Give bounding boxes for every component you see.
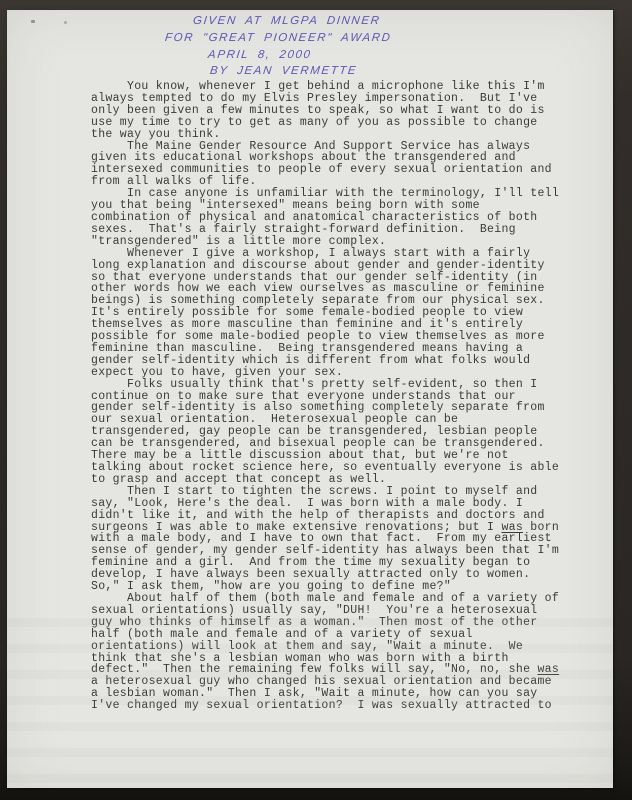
text-line: only been given a few minutes to speak, …	[91, 105, 583, 117]
text-line: Whenever I give a workshop, I always sta…	[91, 248, 583, 260]
text-line: Then I start to tighten the screws. I po…	[91, 486, 583, 498]
annotation-line: GIVEN AT MLGPA DINNER	[192, 15, 381, 27]
paragraph: In case anyone is unfamiliar with the te…	[91, 188, 583, 248]
annotation-line: BY JEAN VERMETTE	[209, 65, 357, 77]
paragraph: About half of them (both male and female…	[91, 593, 583, 712]
annotation-line: FOR "GREAT PIONEER" AWARD	[164, 32, 392, 44]
text-line: the way you think.	[91, 129, 583, 141]
text-line: I've changed my sexual orientation? I wa…	[91, 700, 583, 712]
text-line: "transgendered" is a little more complex…	[91, 236, 583, 248]
text-line: expect you to have, given your sex.	[91, 367, 583, 379]
scan-background: GIVEN AT MLGPA DINNERFOR "GREAT PIONEER"…	[0, 0, 632, 800]
text-line: orientations) will look at them and say,…	[91, 641, 583, 653]
paragraph: The Maine Gender Resource And Support Se…	[91, 141, 583, 189]
text-line: gender self-identity which is different …	[91, 355, 583, 367]
text-line: sexual orientations) usually say, "DUH! …	[91, 605, 583, 617]
paragraph: Whenever I give a workshop, I always sta…	[91, 248, 583, 379]
text-line: half (both male and female and of a vari…	[91, 629, 583, 641]
paragraph: You know, whenever I get behind a microp…	[91, 81, 583, 141]
text-line: Folks usually think that's pretty self-e…	[91, 379, 583, 391]
text-line: say, "Look, Here's the deal. I was born …	[91, 498, 583, 510]
paragraph: Then I start to tighten the screws. I po…	[91, 486, 583, 593]
document-page: GIVEN AT MLGPA DINNERFOR "GREAT PIONEER"…	[7, 10, 613, 788]
text-line: use my time to try to get as many of you…	[91, 117, 583, 129]
annotation-line: APRIL 8, 2000	[207, 49, 312, 61]
paragraph: Folks usually think that's pretty self-e…	[91, 379, 583, 486]
typewritten-body: You know, whenever I get behind a microp…	[91, 81, 583, 712]
text-line: sexes. That's a fairly straight-forward …	[91, 224, 583, 236]
handwritten-annotation: GIVEN AT MLGPA DINNERFOR "GREAT PIONEER"…	[7, 13, 613, 88]
text-line: long explanation and discourse about gen…	[91, 260, 583, 272]
text-line: guy who thinks of himself as a woman." T…	[91, 617, 583, 629]
